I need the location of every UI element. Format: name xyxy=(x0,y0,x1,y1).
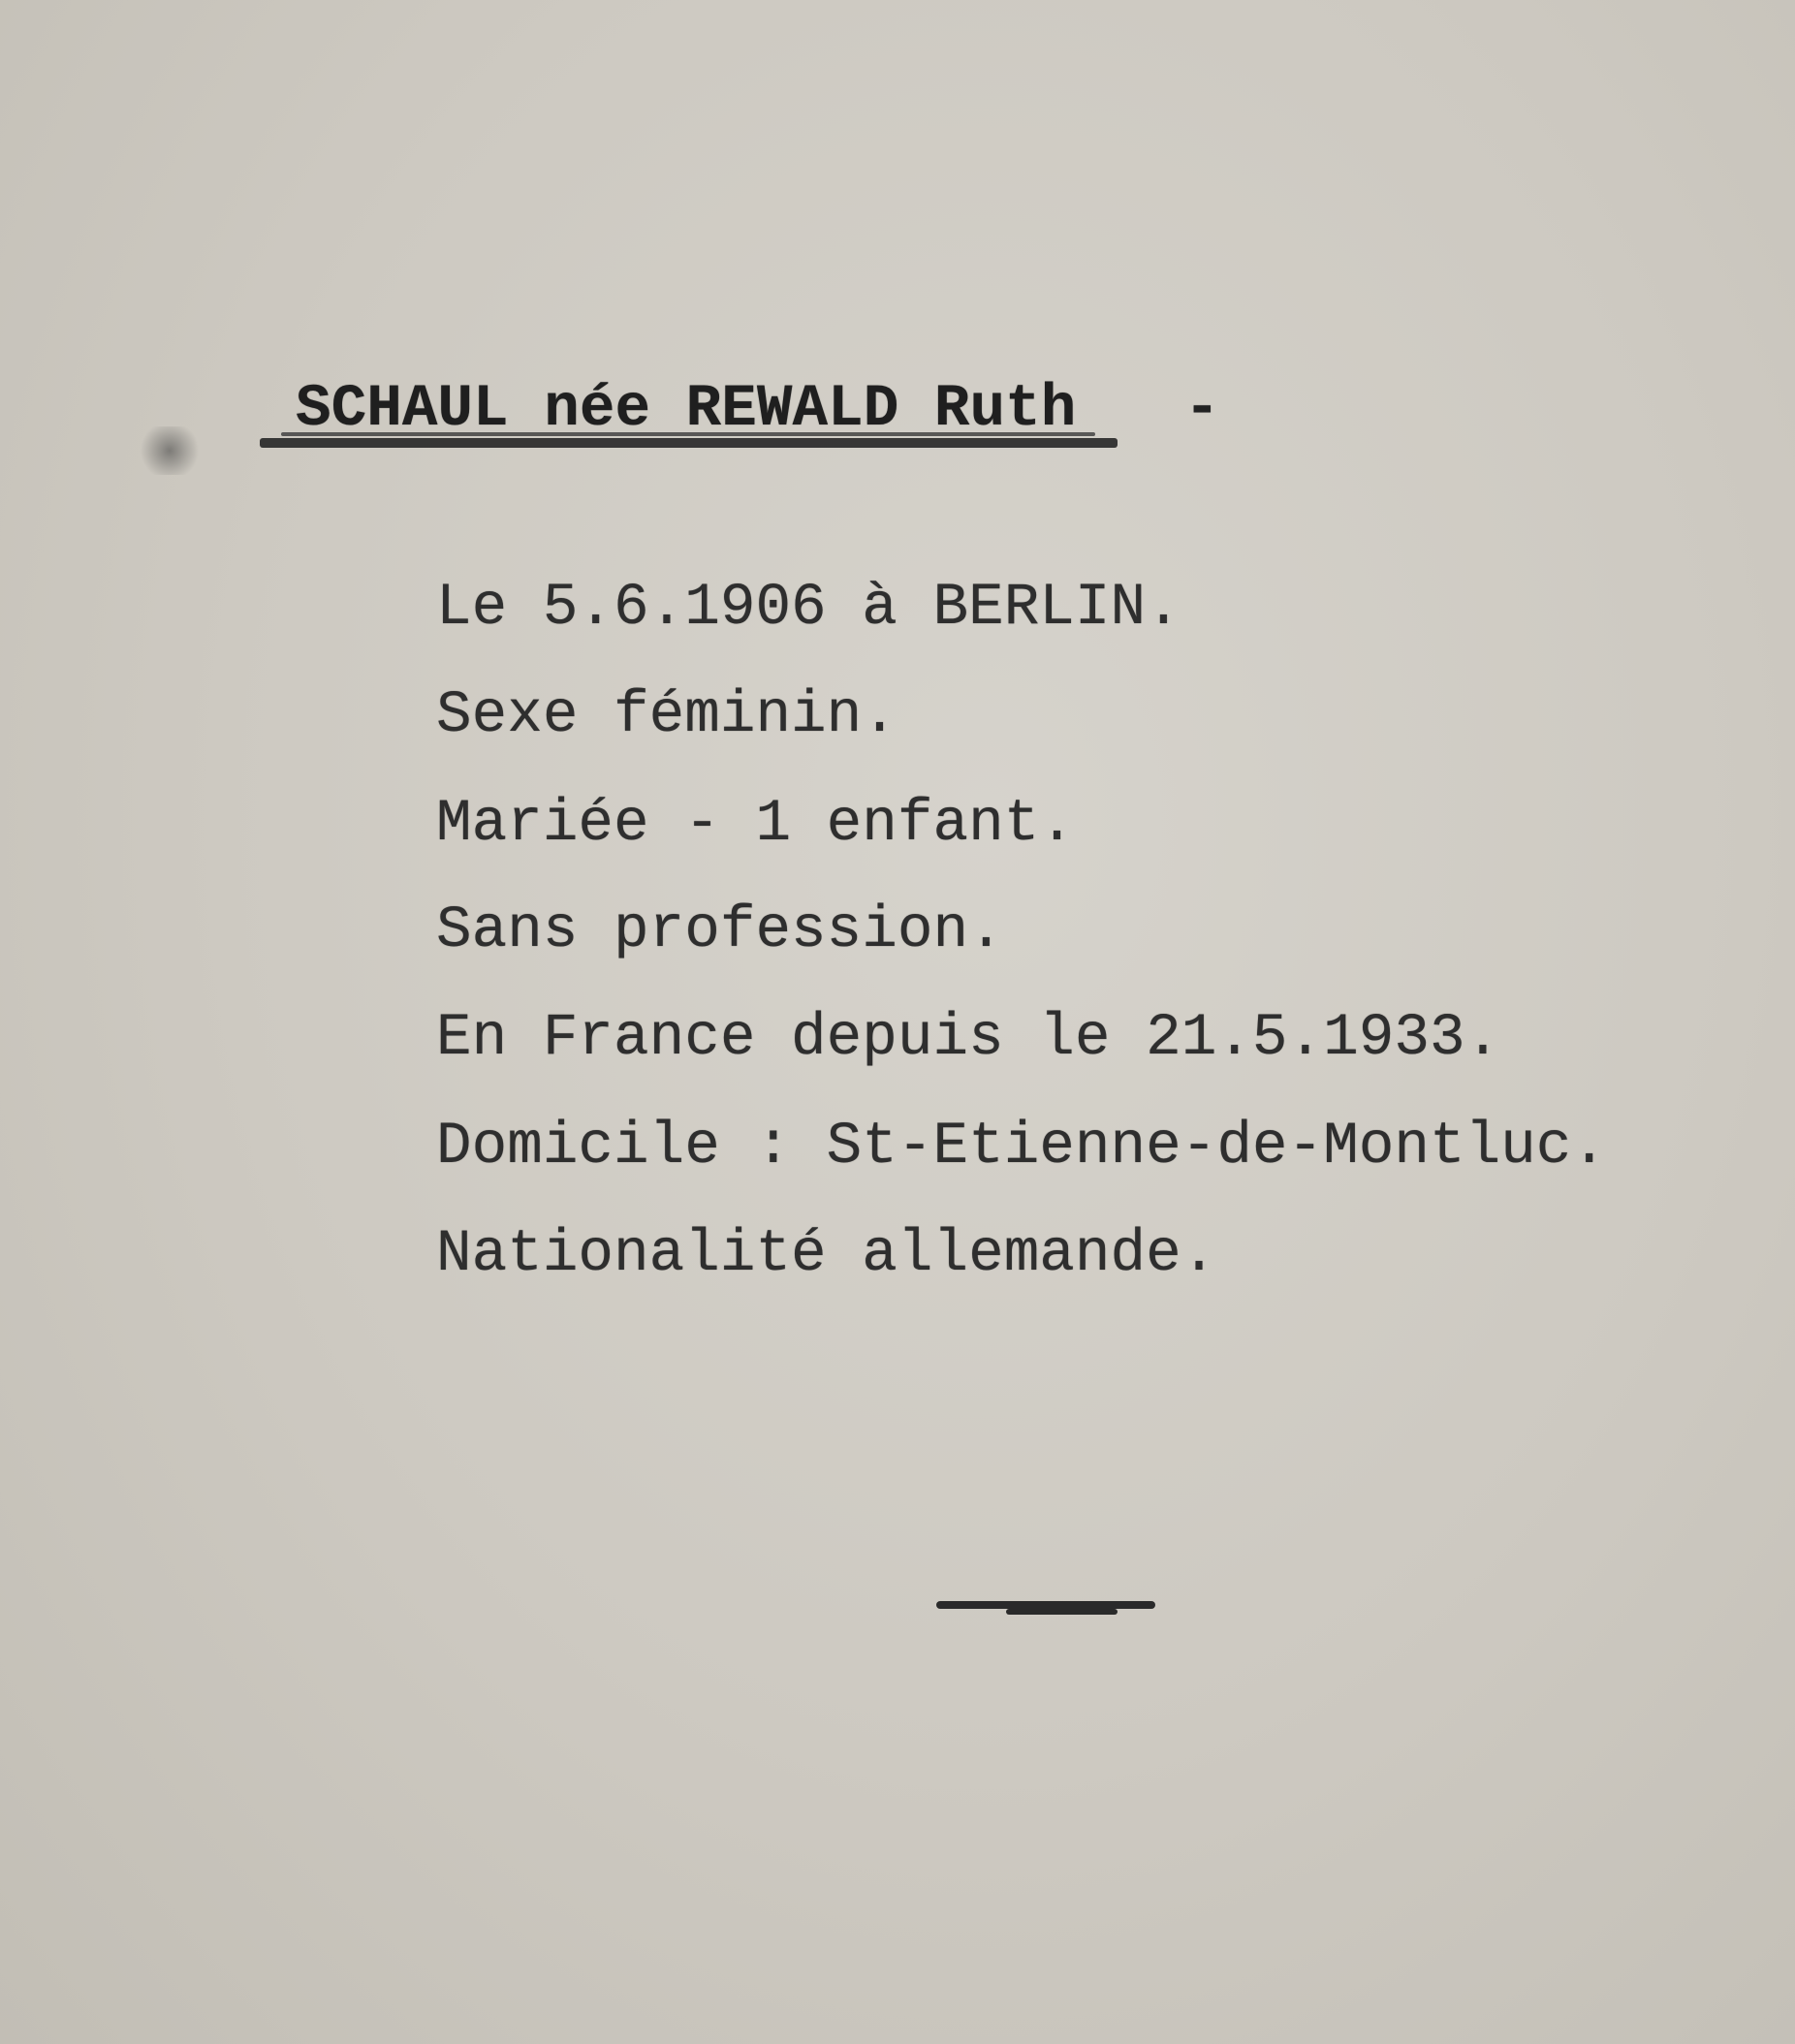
field-arrival-date: En France depuis le 21.5.1933. xyxy=(436,1009,1500,1068)
title-dash: - xyxy=(1184,380,1220,439)
field-birth: Le 5.6.1906 à BERLIN. xyxy=(436,579,1181,638)
field-nationality: Nationalité allemande. xyxy=(436,1225,1216,1284)
field-sex: Sexe féminin. xyxy=(436,686,897,745)
field-domicile: Domicile : St-Etienne-de-Montluc. xyxy=(436,1117,1607,1177)
field-profession: Sans profession. xyxy=(436,901,1004,960)
title-underline-upper xyxy=(281,432,1095,436)
end-divider-lower xyxy=(1006,1609,1118,1615)
end-divider xyxy=(936,1601,1155,1609)
ink-smudge xyxy=(136,426,204,475)
field-marital-status: Mariée - 1 enfant. xyxy=(436,795,1075,854)
title-underline xyxy=(260,438,1118,448)
document-title: SCHAUL née REWALD Ruth xyxy=(296,380,1076,439)
